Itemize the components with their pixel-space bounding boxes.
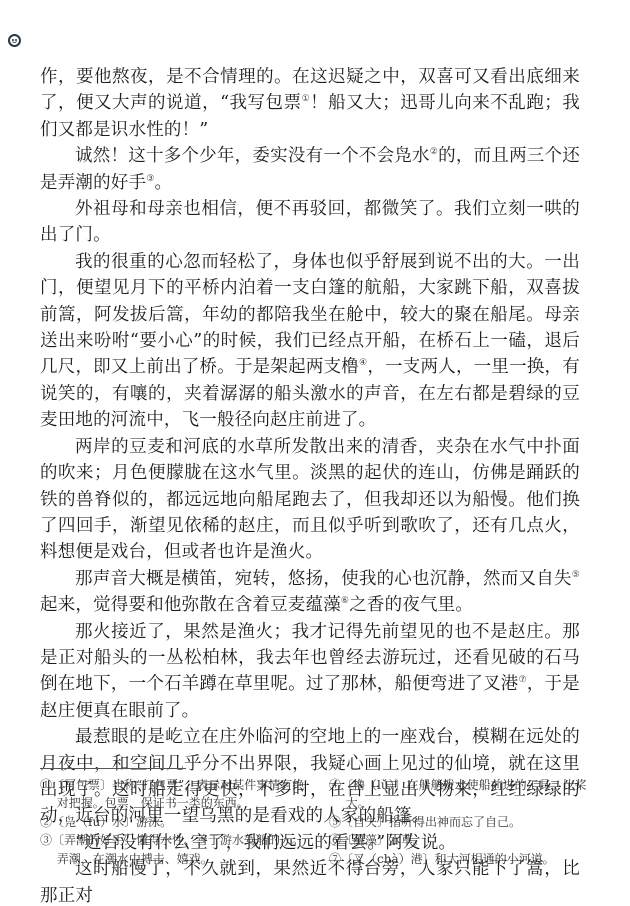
footnote: ③〔弄潮的好手〕懂得水性、善于游水驾船的人。弄潮，在潮水中搏击、嬉戏。 [40,831,311,868]
footnotes-right-column: ④〔橹（lǔ）〕在船艄拨水使船前进的工具，比桨大。 ⑤〔自失〕指听得出神而忘了自… [329,776,600,868]
footnote-marker: ① [302,95,311,105]
footnote: ②〔凫（fú）水〕游泳。 [40,813,311,831]
smiley-face-icon [8,34,21,47]
footnote-marker: ③ [146,174,154,184]
footnote: ①〔写包票〕也称“打包票”，表示对某件事情有绝对把握。包票，保证书一类的东西。 [40,776,311,813]
footnote: ⑤〔自失〕指听得出神而忘了自己。 [329,813,600,831]
paragraph: 我的很重的心忽而轻松了，身体也似乎舒展到说不出的大。一出门，便望见月下的平桥内泊… [40,249,580,434]
footnote: ⑦〔叉（chà）港〕和大河相通的小河道。 [329,850,600,868]
footnotes: ①〔写包票〕也称“打包票”，表示对某件事情有绝对把握。包票，保证书一类的东西。 … [40,776,600,868]
paragraph: 作，要他熬夜，是不合情理的。在这迟疑之中，双喜可又看出底细来了，便又大声的说道，… [40,64,580,143]
footnote-marker: ⑤ [572,570,580,580]
footnote: ④〔橹（lǔ）〕在船艄拨水使船前进的工具，比桨大。 [329,776,600,813]
footnote-marker: ⑥ [341,596,349,606]
footnotes-left-column: ①〔写包票〕也称“打包票”，表示对某件事情有绝对把握。包票，保证书一类的东西。 … [40,776,311,868]
footnote-divider [40,768,186,769]
paragraph: 那火接近了，果然是渔火；我才记得先前望见的也不是赵庄。那是正对船头的一丛松柏林，… [40,619,580,725]
footnote-marker: ④ [359,359,367,369]
paragraph: 那声音大概是横笛，宛转，悠扬，使我的心也沉静，然而又自失⑤起来，觉得要和他弥散在… [40,566,580,619]
smiley-mouth [12,40,17,43]
footnote-marker: ② [430,147,438,157]
paragraph: 外祖母和母亲也相信，便不再驳回，都微笑了。我们立刻一哄的出了门。 [40,196,580,249]
footnote-marker: ⑦ [519,676,527,686]
footnote: ⑥〔蕴藻〕水草。 [329,831,600,849]
paragraph: 诚然！这十多个少年，委实没有一个不会凫水②的，而且两三个还是弄潮的好手③。 [40,143,580,196]
paragraph: 两岸的豆麦和河底的水草所发散出来的清香，夹杂在水气中扑面的吹来；月色便朦胧在这水… [40,434,580,566]
